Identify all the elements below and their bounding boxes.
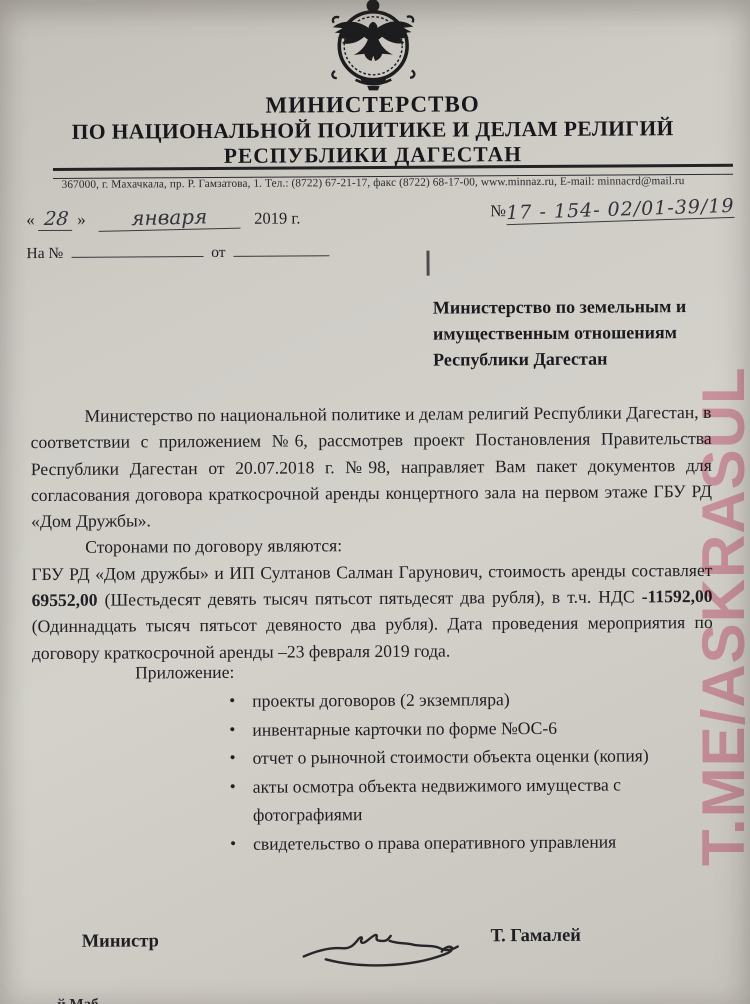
p3-text-3: (Одиннадцать тысяч пятьсот девяносто два… [32,612,713,662]
attachments-list: •проекты договоров (2 экземпляра) •инвен… [225,684,670,858]
rent-amount: 69552,00 [32,590,98,610]
vat-amount: -11592,00 [642,586,713,606]
reply-number-blank [71,242,203,258]
reply-reference-line: На №от [26,241,329,263]
stray-pen-mark [426,251,429,276]
bullet-icon: • [229,715,235,744]
cutoff-footer-text: й Маб [57,996,277,1004]
bullet-icon: • [229,687,235,716]
attachment-item: •свидетельство о права оперативного упра… [226,827,670,858]
bullet-icon: • [230,830,236,859]
scanned-letter-photo: МИНИСТЕРСТВО ПО НАЦИОНАЛЬНОЙ ПОЛИТИКЕ И … [0,0,750,1004]
date-day-handwritten: 28 [38,208,74,231]
p3-text-1: ГБУ РД «Дом дружбы» и ИП Султанов Салман… [31,560,712,584]
reply-na-label: На № [26,245,63,262]
letter-page: МИНИСТЕРСТВО ПО НАЦИОНАЛЬНОЙ ПОЛИТИКЕ И … [0,0,750,1004]
bullet-icon: • [230,773,236,802]
attachment-item: •отчет о рыночной стоимости объекта оцен… [225,741,669,772]
date-open-quote: « [26,210,35,229]
attachments-label: Приложение: [135,662,234,684]
number-label: № [490,201,506,220]
addressee-line3: Республики Дагестан [433,345,723,373]
date-line: « 28 » января 2019 г. [26,204,300,231]
reply-ot-label: от [211,244,225,261]
addressee-line2: имущественным отношениям [433,319,723,347]
attachment-item: •инвентарные карточки по форме №ОС-6 [225,713,669,744]
bullet-icon: • [229,744,235,773]
date-close-quote: » [77,210,86,229]
body-paragraph-3: ГБУ РД «Дом дружбы» и ИП Султанов Салман… [31,557,713,666]
signer-name: Т. Гамалей [491,926,581,948]
ministry-title-line2: ПО НАЦИОНАЛЬНОЙ ПОЛИТИКЕ И ДЕЛАМ РЕЛИГИЙ [0,116,748,146]
addressee-block: Министерство по земельным и имущественны… [433,293,723,373]
handwritten-signature [298,921,478,977]
attachment-item: •проекты договоров (2 экземпляра) [225,684,669,715]
addressee-line1: Министерство по земельным и [433,293,723,321]
outgoing-number-line: №17 - 154- 02/01-39/19 [490,198,734,222]
dagestan-eagle-emblem-icon [315,0,432,92]
letterhead-title: МИНИСТЕРСТВО ПО НАЦИОНАЛЬНОЙ ПОЛИТИКЕ И … [0,90,748,171]
date-month-handwritten: января [98,204,241,232]
body-paragraph-2: Сторонами по договору являются: [31,530,712,560]
signer-title: Министр [82,931,159,952]
p3-text-2: (Шестьдесят девять тысяч пятьсот пятьдес… [98,586,642,609]
outgoing-number-handwritten: 17 - 154- 02/01-39/19 [506,195,735,225]
attachment-item: •акты осмотра объекта недвижимого имущес… [226,770,670,830]
letter-body: Министерство по национальной политике и … [30,399,713,666]
body-paragraph-1: Министерство по национальной политике и … [30,399,712,535]
reply-date-blank [233,241,329,257]
date-year: 2019 г. [254,208,300,227]
